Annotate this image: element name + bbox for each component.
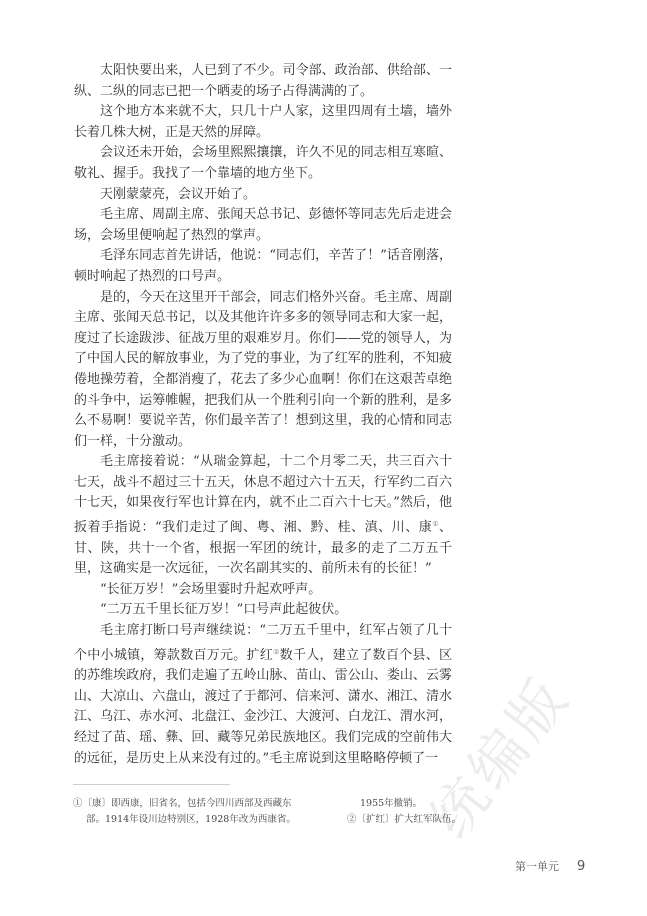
footnote-1-line-3: 1955年撤销。 [347,796,507,812]
unit-label: 第一单元 [515,860,559,873]
footnotes-column-1: ①〔康〕即西康，旧省名，包括今四川西部及西藏东 部。1914年设川边特别区，19… [73,796,313,828]
paragraph: 毛主席打断口号声继续说：“二万五千里中，红军占领了几十个中小城镇，筹款数百万元。… [74,621,452,769]
body-text: 太阳快要出来，人已到了不少。司令部、政治部、供给部、一纵、二纵的同志已把一个晒麦… [74,61,452,769]
footnotes-column-2: 1955年撤销。 ②〔扩红〕扩大红军队伍。 [347,796,507,828]
paragraph: 毛泽东同志首先讲话，他说：“同志们，辛苦了！”话音刚落，顿时响起了热烈的口号声。 [74,246,452,287]
footnote-2: ②〔扩红〕扩大红军队伍。 [347,812,507,828]
footnote-ref-1[interactable]: ① [432,520,439,528]
paragraph: 这个地方本来就不大，只几十户人家，这里四周有土墙，墙外长着几株大树，正是天然的屏… [74,102,452,143]
page-footer: 第一单元9 [515,858,585,874]
paragraph: 会议还未开始，会场里熙熙攘攘，许久不见的同志相互寒暄、敬礼、握手。我找了一个靠墙… [74,143,452,184]
footnote-1-line-1: ①〔康〕即西康，旧省名，包括今四川西部及西藏东 [73,796,313,812]
paragraph: 毛主席接着说：“从瑞金算起，十二个月零二天，共三百六十七天，战斗不超过三十五天，… [74,452,452,580]
page-number: 9 [577,859,585,874]
paragraph-text: 毛主席接着说：“从瑞金算起，十二个月零二天，共三百六十七天，战斗不超过三十五天，… [74,454,452,535]
paragraph: “二万五千里长征万岁！”口号声此起彼伏。 [74,600,452,621]
footnote-1-line-2: 部。1914年设川边特别区，1928年改为西康省。 [73,812,313,828]
paragraph: 毛主席、周副主席、张闻天总书记、彭德怀等同志先后走进会场，会场里便响起了热烈的掌… [74,205,452,246]
paragraph: 太阳快要出来，人已到了不少。司令部、政治部、供给部、一纵、二纵的同志已把一个晒麦… [74,61,452,102]
paragraph: “长征万岁！”会场里霎时升起欢呼声。 [74,580,452,601]
paragraph: 天刚蒙蒙亮，会议开始了。 [74,185,452,206]
footnote-divider [73,784,230,785]
paragraph-text: 数千人，建立了数百个县、区的苏维埃政府，我们走遍了五岭山脉、苗山、雷公山、娄山、… [74,648,452,766]
paragraph: 是的，今天在这里开干部会，同志们格外兴奋。毛主席、周副主席、张闻天总书记，以及其… [74,288,452,453]
